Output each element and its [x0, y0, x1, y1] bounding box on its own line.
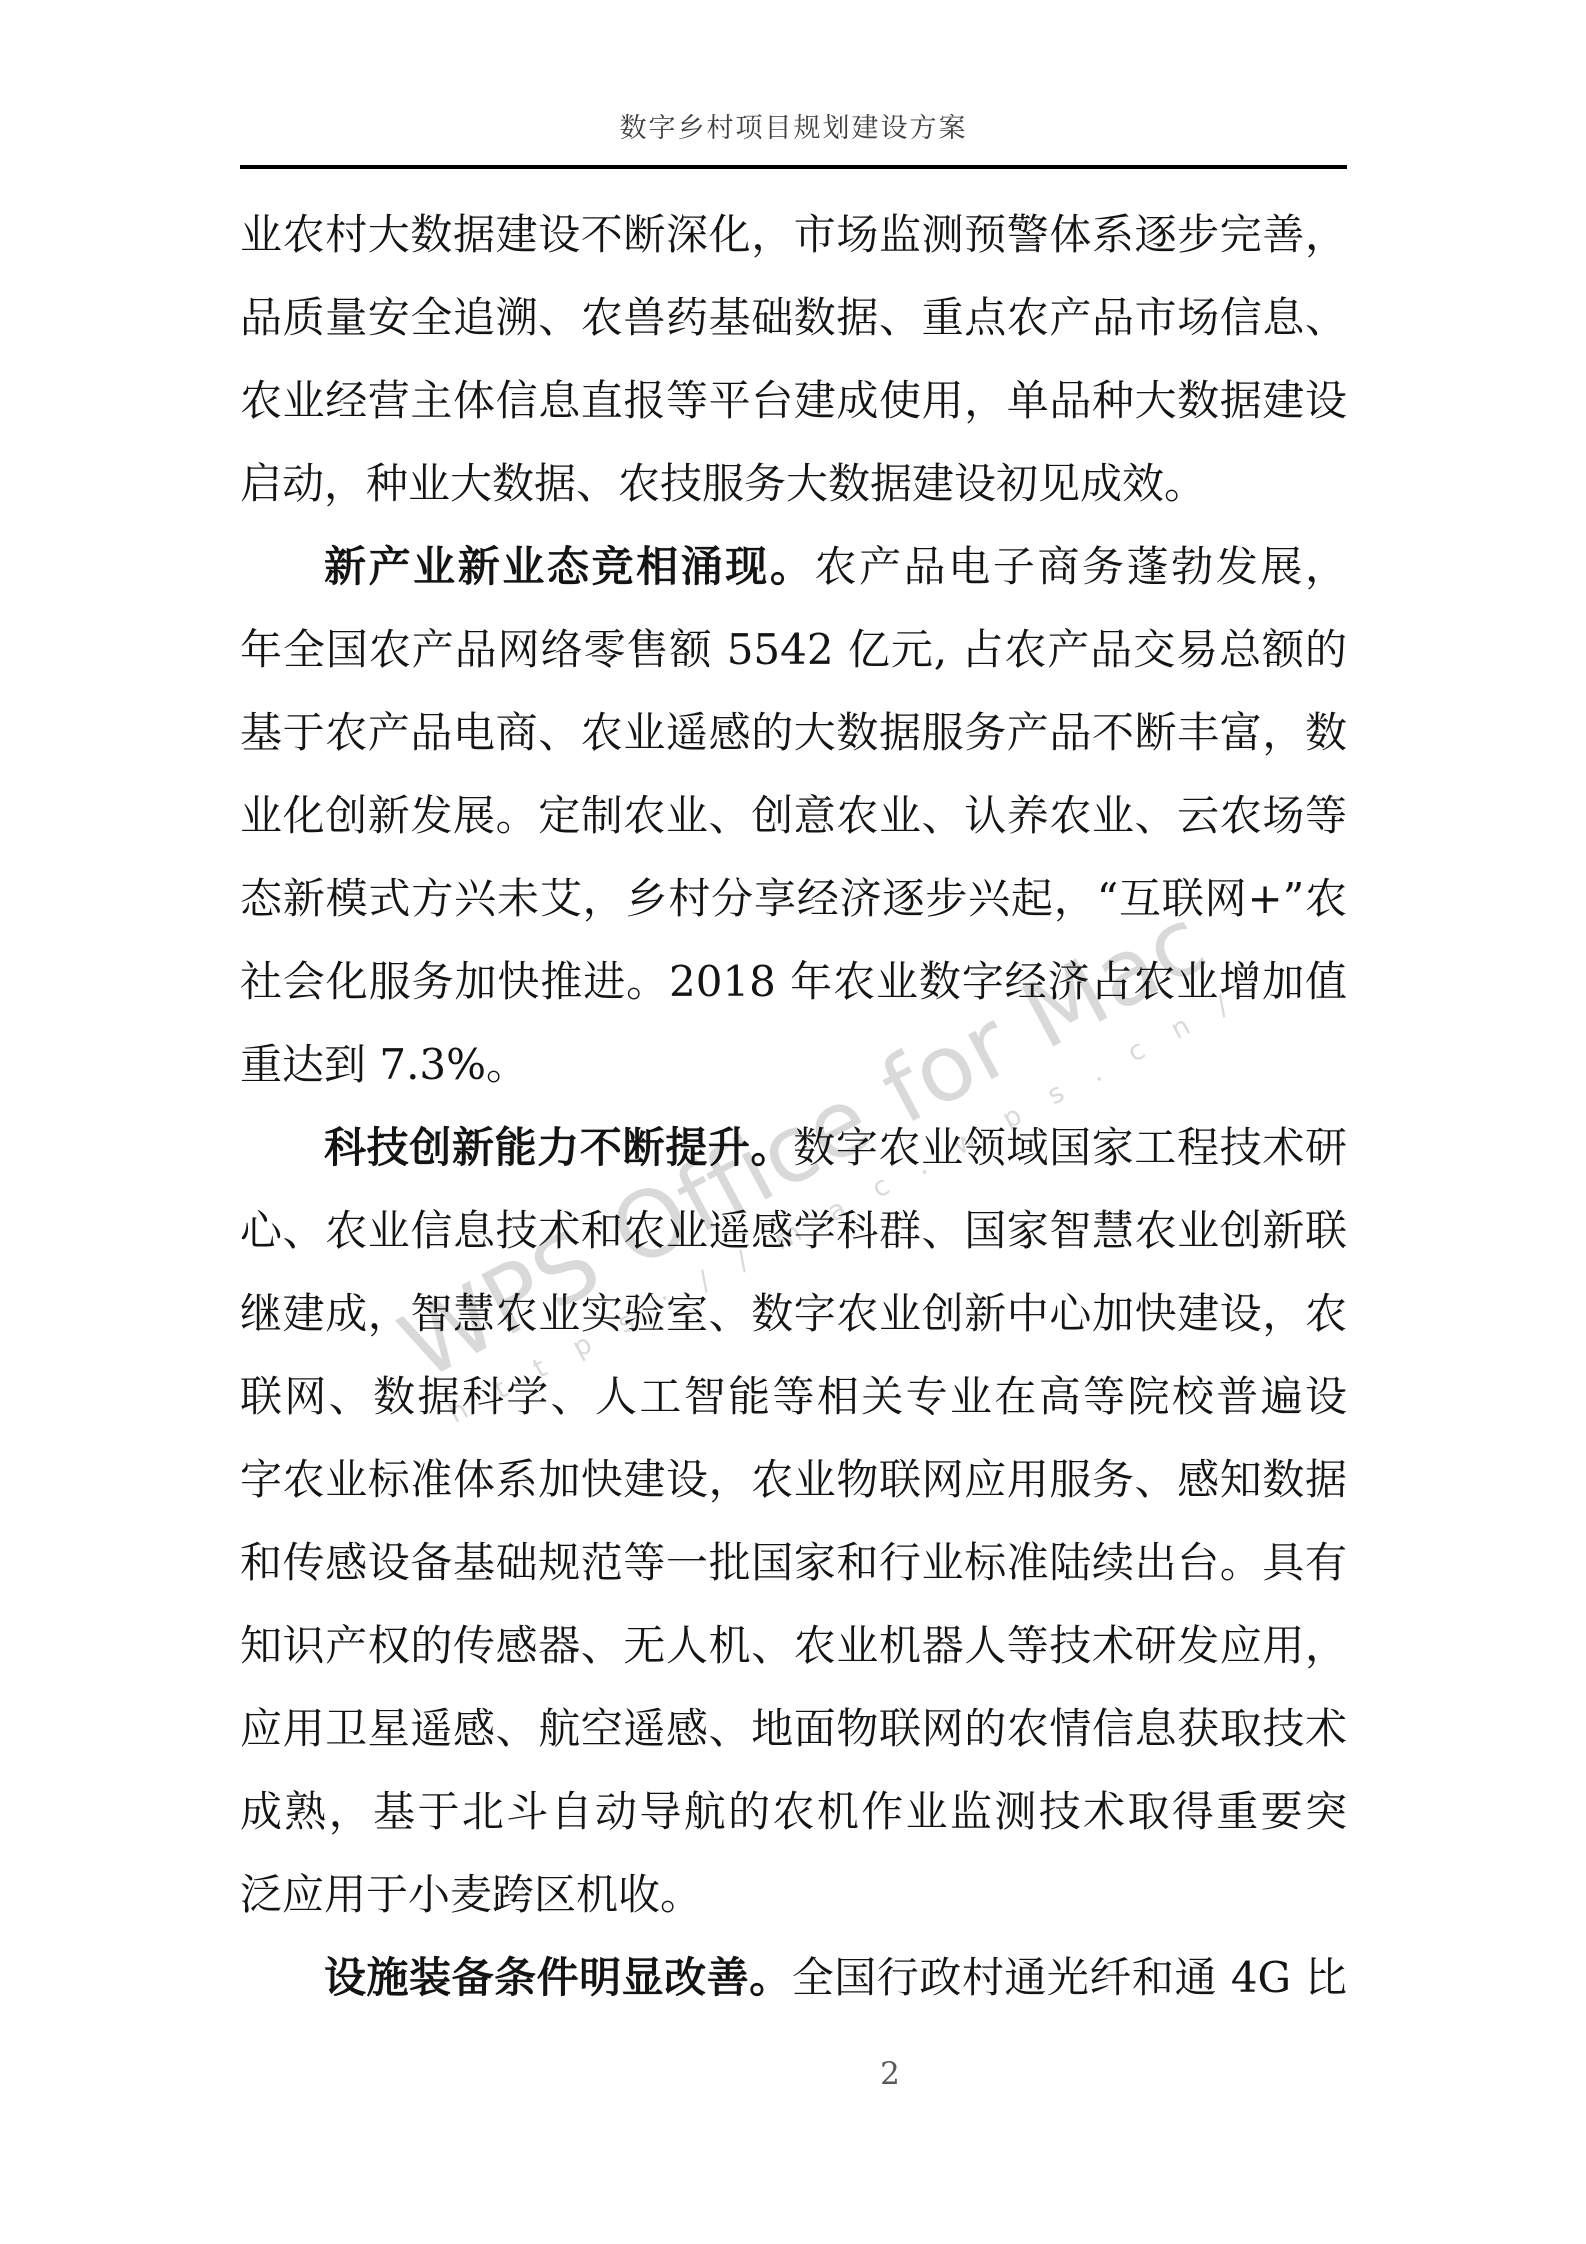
bold-lead-in: 设施装备条件明显改善。 — [324, 1953, 792, 2002]
text-line: 启动，种业大数据、农技服务大数据建设初见成效。 — [240, 442, 1347, 525]
text-line: 和传感设备基础规范等一批国家和行业标准陆续出台。具有自主 — [240, 1521, 1347, 1604]
text-line: 字农业标准体系加快建设，农业物联网应用服务、感知数据描述 — [240, 1438, 1347, 1521]
text-line: 社会化服务加快推进。2018 年农业数字经济占农业增加值的比 — [240, 940, 1347, 1023]
text-line: 农业经营主体信息直报等平台建成使用，单品种大数据建设全面 — [240, 359, 1347, 442]
page-number: 2 — [858, 2056, 922, 2092]
text-line: 心、农业信息技术和农业遥感学科群、国家智慧农业创新联盟相 — [240, 1189, 1347, 1272]
text-line: 态新模式方兴未艾，乡村分享经济逐步兴起，“互联网+”农业 — [240, 857, 1347, 940]
text-line: 业农村大数据建设不断深化，市场监测预警体系逐步完善，农产 — [240, 193, 1347, 276]
text-line: 知识产权的传感器、无人机、农业机器人等技术研发应用，集成 — [240, 1604, 1347, 1687]
text-line: 泛应用于小麦跨区机收。 — [240, 1853, 1347, 1936]
header-title: 数字乡村项目规划建设方案 — [240, 106, 1347, 145]
header-rule — [240, 165, 1347, 169]
bold-lead-in: 科技创新能力不断提升。 — [324, 1123, 793, 1172]
text-line: 年全国农产品网络零售额 5542 亿元, 占农产品交易总额的 9.8%。 — [240, 608, 1347, 691]
text-line: 基于农产品电商、农业遥感的大数据服务产品不断丰富，数字产 — [240, 691, 1347, 774]
text-line: 业化创新发展。定制农业、创意农业、认养农业、云农场等新业 — [240, 774, 1347, 857]
text-line: 继建成，智慧农业实验室、数字农业创新中心加快建设，农业物 — [240, 1272, 1347, 1355]
text-line: 品质量安全追溯、农兽药基础数据、重点农产品市场信息、新型 — [240, 276, 1347, 359]
text-line: 新产业新业态竞相涌现。农产品电子商务蓬勃发展，2018 — [240, 525, 1347, 608]
text-line: 成熟，基于北斗自动导航的农机作业监测技术取得重要突破，广 — [240, 1770, 1347, 1853]
text-line: 设施装备条件明显改善。全国行政村通光纤和通 4G 比例均 — [240, 1936, 1347, 2019]
body-text: 业农村大数据建设不断深化，市场监测预警体系逐步完善，农产品质量安全追溯、农兽药基… — [240, 193, 1347, 2019]
bold-lead-in: 新产业新业态竞相涌现。 — [324, 542, 815, 591]
document-page: WPS Office for Mac https://mac.wps.cn/ 数… — [0, 0, 1586, 2244]
text-line: 重达到 7.3%。 — [240, 1023, 1347, 1106]
text-line: 联网、数据科学、人工智能等相关专业在高等院校普遍设立。数 — [240, 1355, 1347, 1438]
text-line: 科技创新能力不断提升。数字农业领域国家工程技术研究中 — [240, 1106, 1347, 1189]
text-line: 应用卫星遥感、航空遥感、地面物联网的农情信息获取技术日臻 — [240, 1687, 1347, 1770]
